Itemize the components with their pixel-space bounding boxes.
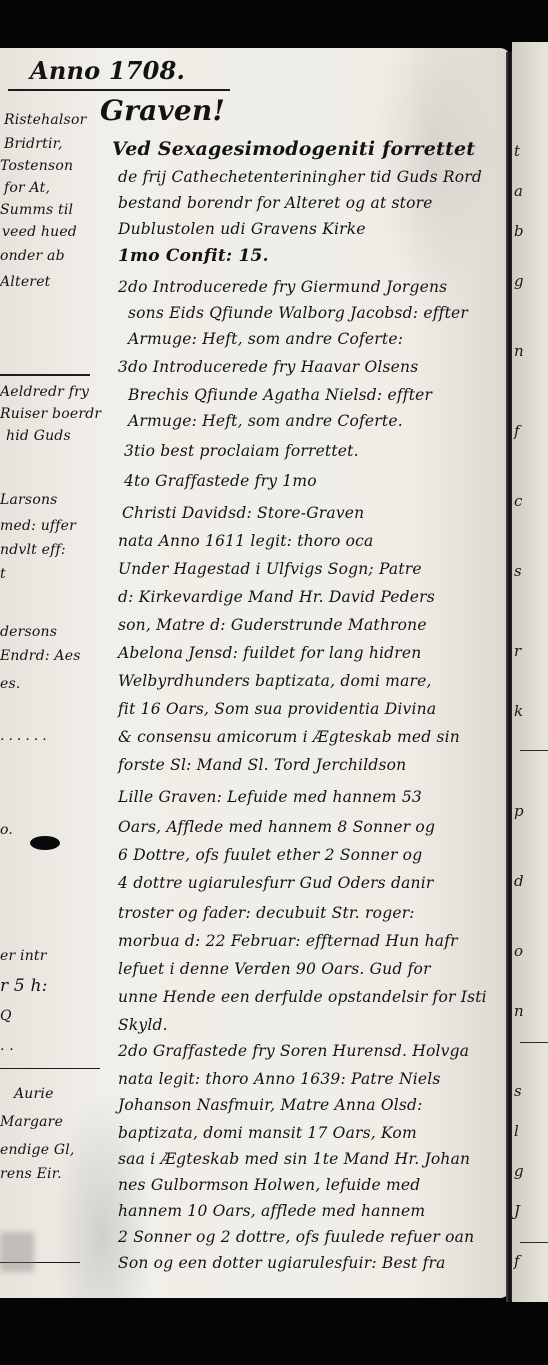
margin-note: hid Guds: [6, 428, 71, 444]
adjacent-rule: [520, 1042, 548, 1043]
adjacent-page-fragment: t a b g n f c s r k p d o n s l g J f: [512, 42, 548, 1302]
entry-line: & consensu amicorum i Ægteskab med sin: [118, 728, 460, 746]
adjacent-glyph: c: [514, 492, 522, 510]
adjacent-rule: [520, 1242, 548, 1243]
adjacent-glyph: l: [514, 1122, 519, 1140]
entry-line: Welbyrdhunders baptizata, domi mare,: [118, 672, 432, 690]
margin-note: Larsons: [0, 492, 58, 508]
entry-line: Ved Sexagesimodogeniti forrettet: [112, 138, 475, 160]
entry-line: 4to Graffastede fry 1mo: [124, 472, 317, 490]
entry-line: 6 Dottre, ofs fuulet ether 2 Sonner og: [118, 846, 422, 864]
year-heading: Anno 1708.: [30, 56, 185, 85]
margin-note: Margare: [0, 1114, 63, 1130]
margin-note: Tostenson: [0, 158, 73, 174]
adjacent-glyph: r: [514, 642, 521, 660]
margin-note: es.: [0, 676, 21, 692]
margin-note: med: uffer: [0, 518, 76, 534]
entry-line: sons Eids Qfiunde Walborg Jacobsd: effte…: [128, 304, 468, 322]
entry-line: d: Kirkevardige Mand Hr. David Peders: [118, 588, 435, 606]
margin-note: Aurie: [14, 1086, 54, 1102]
entry-line: 2 Sonner og 2 dottre, ofs fuulede refuer…: [118, 1228, 474, 1246]
entry-line: 2do Graffastede fry Soren Hurensd. Holvg…: [118, 1042, 469, 1060]
margin-note: . .: [0, 1038, 14, 1054]
margin-note: Alteret: [0, 274, 51, 290]
entry-line: fit 16 Oars, Som sua providentia Divina: [118, 700, 436, 718]
adjacent-glyph: n: [514, 342, 524, 360]
entry-line: Under Hagestad i Ulfvigs Sogn; Patre: [118, 560, 422, 578]
entry-line: Abelona Jensd: fuildet for lang hidren: [118, 644, 421, 662]
margin-note: veed hued: [2, 224, 77, 240]
entry-line: Skyld.: [118, 1016, 168, 1034]
entry-line: lefuet i denne Verden 90 Oars. Gud for: [118, 960, 431, 978]
margin-note: for At,: [4, 180, 50, 196]
margin-note: dersons: [0, 624, 57, 640]
entry-line: 3do Introducerede fry Haavar Olsens: [118, 358, 418, 376]
entry-line: Johanson Nasfmuir, Matre Anna Olsd:: [118, 1096, 423, 1114]
entry-line: nata Anno 1611 legit: thoro oca: [118, 532, 373, 550]
margin-note: Endrd: Aes: [0, 648, 81, 664]
entry-line: nes Gulbormson Holwen, lefuide med: [118, 1176, 420, 1194]
adjacent-glyph: f: [514, 422, 520, 440]
entry-line: son, Matre d: Guderstrunde Mathrone: [118, 616, 427, 634]
margin-note: Summs til: [0, 202, 73, 218]
margin-note: Ruiser boerdr: [0, 406, 101, 422]
entry-line: Oars, Afflede med hannem 8 Sonner og: [118, 818, 435, 836]
entry-line: troster og fader: decubuit Str. roger:: [118, 904, 415, 922]
entry-line: Christi Davidsd: Store-Graven: [122, 504, 364, 522]
margin-note: Ristehalsor: [4, 112, 86, 128]
adjacent-glyph: n: [514, 1002, 524, 1020]
entry-line: unne Hende een derfulde opstandelsir for…: [118, 988, 487, 1006]
adjacent-glyph: p: [514, 802, 524, 820]
margin-divider: [0, 1068, 100, 1069]
entry-line: nata legit: thoro Anno 1639: Patre Niels: [118, 1070, 441, 1088]
margin-note: rens Eir.: [0, 1166, 62, 1182]
entry-line: hannem 10 Oars, afflede med hannem: [118, 1202, 425, 1220]
entry-line: forste Sl: Mand Sl. Tord Jerchildson: [118, 756, 406, 774]
entry-line: 2do Introducerede fry Giermund Jorgens: [118, 278, 447, 296]
adjacent-glyph: J: [514, 1202, 520, 1220]
entry-line: saa i Ægteskab med sin 1te Mand Hr. Joha…: [118, 1150, 470, 1168]
adjacent-glyph: t: [514, 142, 520, 160]
margin-note: Bridrtir,: [4, 136, 63, 152]
margin-note: Q: [0, 1008, 12, 1024]
entry-line: Armuge: Heft, som andre Coferte.: [128, 412, 403, 430]
entry-line: 3tio best proclaiam forrettet.: [124, 442, 359, 460]
margin-note: onder ab: [0, 248, 65, 264]
entry-line: Son og een dotter ugiarulesfuir: Best fr…: [118, 1254, 446, 1272]
entry-line: de frij Cathechetenteriningher tid Guds …: [118, 168, 482, 186]
adjacent-glyph: f: [514, 1252, 520, 1270]
margin-note: er intr: [0, 948, 47, 964]
adjacent-glyph: d: [514, 872, 524, 890]
entry-line: Lille Graven: Lefuide med hannem 53: [118, 788, 422, 806]
entry-line: 4 dottre ugiarulesfurr Gud Oders danir: [118, 874, 433, 892]
entry-line: Dublustolen udi Gravens Kirke: [118, 220, 366, 238]
manuscript-page: Anno 1708. Graven! Ristehalsor Bridrtir,…: [0, 48, 510, 1298]
entry-line: bestand borendr for Alteret og at store: [118, 194, 433, 212]
adjacent-glyph: g: [514, 1162, 524, 1180]
margin-note: endige Gl,: [0, 1142, 75, 1158]
adjacent-glyph: b: [514, 222, 524, 240]
margin-note: ......: [0, 728, 51, 744]
adjacent-glyph: s: [514, 1082, 522, 1100]
adjacent-glyph: g: [514, 272, 524, 290]
ink-blot: [30, 836, 60, 850]
margin-divider: [0, 374, 90, 376]
entry-line: baptizata, domi mansit 17 Oars, Kom: [118, 1124, 417, 1142]
adjacent-glyph: k: [514, 702, 523, 720]
margin-note: t: [0, 566, 6, 582]
parish-title: Graven!: [100, 94, 225, 127]
entry-line: morbua d: 22 Februar: effternad Hun hafr: [118, 932, 458, 950]
margin-note: o.: [0, 822, 13, 838]
adjacent-rule: [520, 750, 548, 751]
adjacent-glyph: o: [514, 942, 523, 960]
entry-line: Armuge: Heft, som andre Coferte:: [128, 330, 403, 348]
margin-note: Aeldredr fry: [0, 384, 89, 400]
margin-note: r 5 h:: [0, 976, 48, 996]
entry-line: 1mo Confit: 15.: [118, 246, 269, 266]
adjacent-glyph: s: [514, 562, 522, 580]
margin-note: ndvlt eff:: [0, 542, 66, 558]
entry-line: Brechis Qfiunde Agatha Nielsd: effter: [128, 386, 432, 404]
paper-stain: [0, 1232, 34, 1272]
adjacent-glyph: a: [514, 182, 523, 200]
heading-underline: [8, 89, 230, 91]
